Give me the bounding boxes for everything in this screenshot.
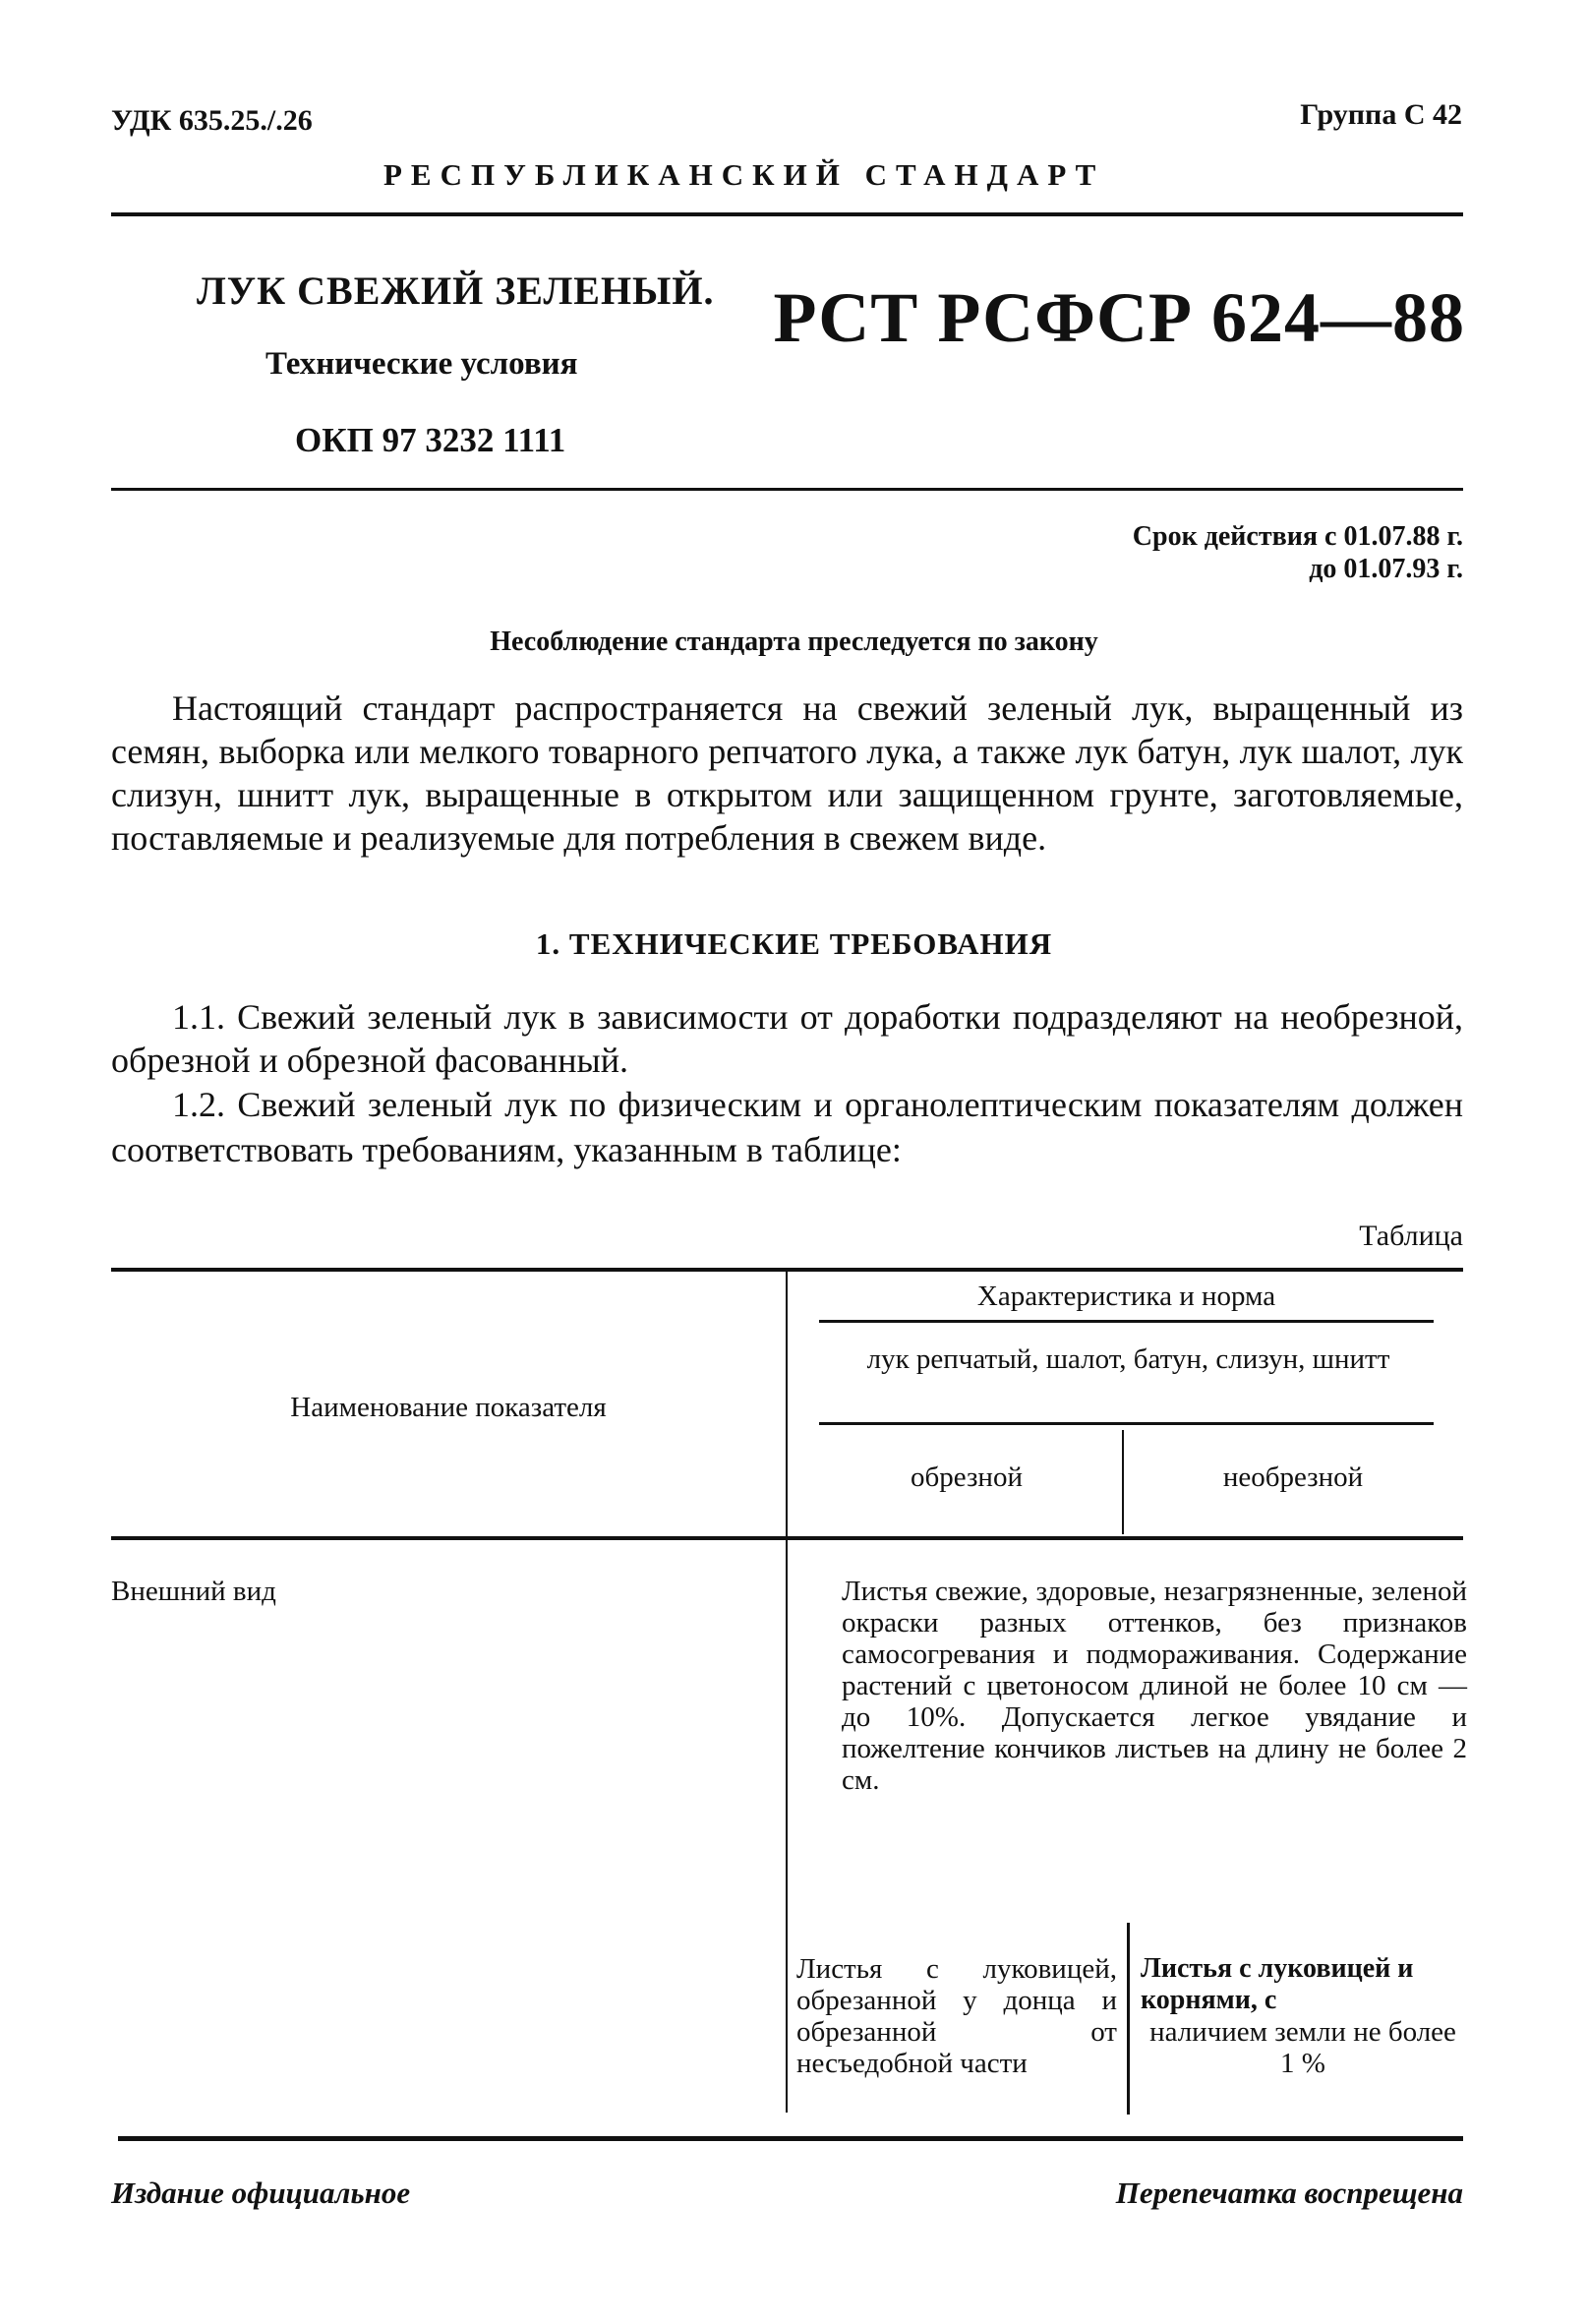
header-subgroup-rule [819, 1422, 1434, 1425]
header-rule [111, 212, 1463, 216]
clause-1-2: 1.2. Свежий зеленый лук по физическим и … [111, 1082, 1463, 1172]
document-subtitle: Технические условия [265, 346, 578, 383]
header-subcolumn-divider [1122, 1430, 1124, 1534]
group-code: Группа С 42 [1300, 98, 1462, 132]
row-untrimmed-requirement: Листья с луковицей и корнями, с наличием… [1141, 1953, 1465, 2079]
row-indicator: Внешний вид [111, 1576, 276, 1607]
section-heading: 1. ТЕХНИЧЕСКИЕ ТРЕБОВАНИЯ [0, 926, 1588, 962]
header-bottom-rule [111, 1536, 1463, 1540]
row-trimmed-requirement: Листья с луковицей, обрезанной у донца и… [796, 1953, 1117, 2079]
standard-type: РЕСПУБЛИКАНСКИЙ СТАНДАРТ [383, 157, 1104, 193]
title-rule [111, 488, 1463, 491]
intro-paragraph: Настоящий стандарт распространяется на с… [111, 686, 1463, 860]
header-group-rule [819, 1320, 1434, 1323]
footer-official-edition: Издание официальное [111, 2175, 410, 2211]
header-indicator: Наименование показателя [111, 1392, 786, 1423]
row-common-requirement: Листья свежие, здоровые, незагрязненные,… [842, 1576, 1467, 1796]
header-trimmed: обрезной [819, 1461, 1114, 1493]
header-characteristic: Характеристика и норма [819, 1281, 1434, 1312]
clause-1-1: 1.1. Свежий зеленый лук в зависимости от… [111, 995, 1463, 1082]
header-untrimmed: необрезной [1131, 1461, 1455, 1493]
header-onion-types: лук репчатый, шалот, батун, слизун, шнит… [811, 1343, 1445, 1375]
row-subcolumn-divider [1127, 1923, 1130, 2115]
table-bottom-rule [118, 2136, 1463, 2141]
document-title: ЛУК СВЕЖИЙ ЗЕЛЕНЫЙ. [197, 268, 714, 314]
validity-from: Срок действия с 01.07.88 г. [1133, 521, 1463, 553]
standard-designation: РСТ РСФСР 624—88 [773, 277, 1465, 359]
validity-to: до 01.07.93 г. [1309, 554, 1463, 585]
row-untrimmed-rest: наличием земли не более 1 % [1141, 2016, 1465, 2079]
okp-code: ОКП 97 3232 1111 [295, 421, 565, 460]
table-caption: Таблица [1359, 1220, 1463, 1253]
legal-notice: Несоблюдение стандарта преследуется по з… [0, 626, 1588, 658]
row-untrimmed-bold: Листья с луковицей и корнями, с [1141, 1953, 1465, 2016]
udk-code: УДК 635.25./.26 [111, 104, 313, 138]
footer-reprint-prohibited: Перепечатка воспрещена [1116, 2175, 1463, 2211]
table-column-divider [786, 1272, 788, 2113]
